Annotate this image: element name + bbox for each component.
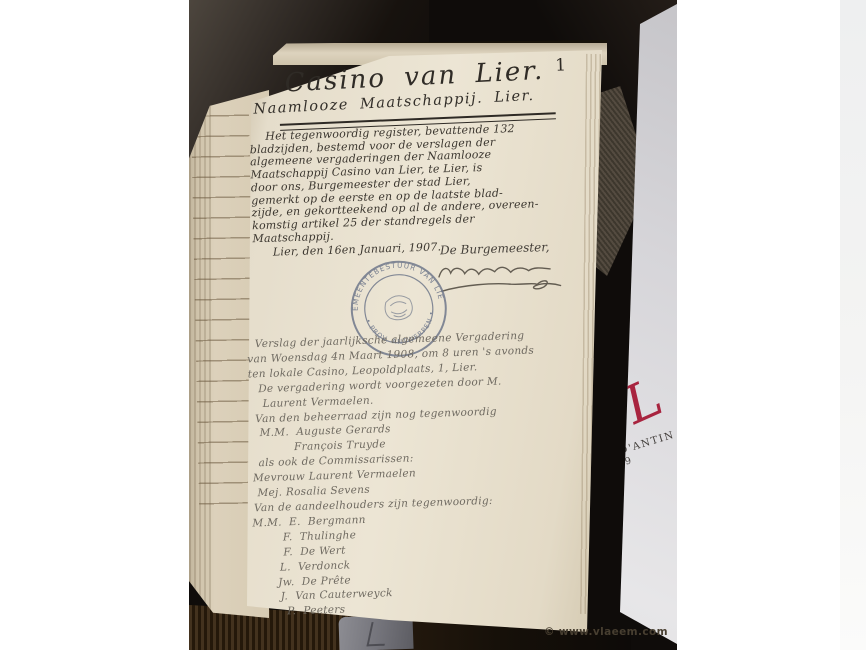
certification-paragraph: Het tegenwoordig register, bevattende 13… <box>249 121 571 260</box>
card-red-script-initial: L <box>617 371 670 433</box>
page-number: 1 <box>555 55 566 75</box>
svg-text:GEMEENTEBESTUUR VAN LIER: GEMEENTEBESTUUR VAN LIER <box>340 250 446 314</box>
register-page-content: 1 Casino van Lier. Naamlooze Maatschappi… <box>230 38 617 650</box>
stamp-top-text: GEMEENTEBESTUUR VAN LIER <box>340 250 446 314</box>
burgemeester-signature <box>432 253 568 305</box>
stamp-coat-of-arms <box>384 294 414 321</box>
meeting-minutes: Verslag der jaarlijksche algemeene Verga… <box>247 327 600 621</box>
scan-edge-artifact <box>840 0 866 650</box>
photograph-of-register: L TÉ D'ANTIN ARIS-9 1 Casino van Lier. N… <box>189 0 677 650</box>
photo-watermark: © www.vlaeem.com <box>544 626 668 638</box>
